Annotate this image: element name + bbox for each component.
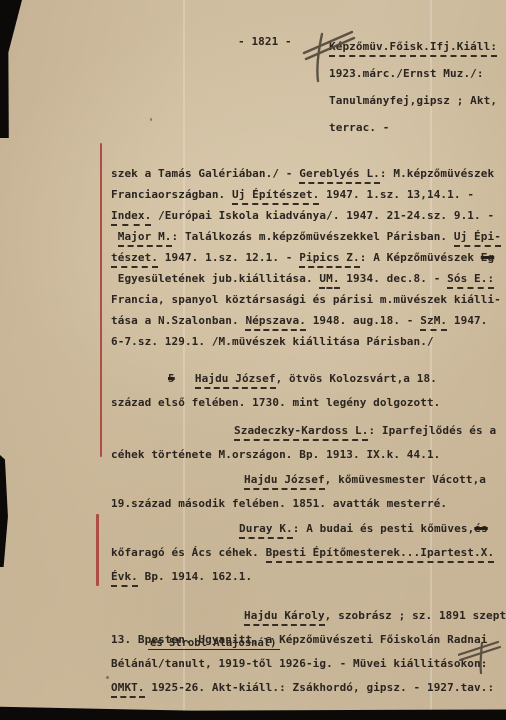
text-segment: céhek története M.országon. Bp. 1913. IX… — [111, 448, 440, 461]
underlined-text: Index. — [111, 209, 151, 226]
underlined-text: Hajdu József — [244, 473, 325, 490]
entry-hajdu-jozsef-otvos: 5 Hajdu József, ötvös Kolozsvárt,a 18.sz… — [111, 367, 506, 415]
text-line: szek a Tamás Galériában./ - Gereblyés L.… — [111, 163, 506, 184]
text-segment: : Találkozás m.képzőmüvészekkel Párisban… — [172, 230, 454, 243]
underlined-text: Pipics Z. — [299, 251, 360, 268]
text-segment: 1934. dec.8. - — [340, 272, 448, 285]
underlined-text: SzM. — [420, 314, 447, 331]
text-segment: : A Képzőmüvészek — [360, 251, 481, 264]
paper-speck — [106, 676, 109, 679]
underlined-text: Hajdu Károly — [244, 609, 325, 626]
text-line: Évk. Bp. 1914. 162.1. — [111, 565, 506, 589]
text-line: terrac. - — [329, 114, 506, 141]
text-segment: terrac. - — [329, 121, 390, 134]
text-segment: , kőmüvesmester Vácott,a — [325, 473, 486, 486]
text-line: század első felében. 1730. mint legény d… — [111, 391, 506, 415]
struck-text: Eg — [481, 251, 494, 264]
text-segment: 1947. 1.sz. 12.1. - — [158, 251, 299, 264]
text-segment: , ötvös Kolozsvárt,a 18. — [276, 372, 437, 385]
text-segment: kőfaragó és Ács céhek. — [111, 546, 266, 559]
text-segment: Bp. 1914. 162.1. — [138, 570, 252, 583]
underlined-text: Hajdu József — [195, 372, 276, 389]
text-line: Franciaországban. Uj Építészet. 1947. 1.… — [111, 184, 506, 205]
underlined-text: Major M. — [118, 230, 172, 247]
bibliography-paragraph: szek a Tamás Galériában./ - Gereblyés L.… — [111, 163, 506, 352]
underlined-text: Szadeczky-Kardoss L. — [234, 424, 368, 441]
text-line: Duray K.: A budai és pesti kőmüves,és — [111, 517, 506, 541]
underlined-text: tészet. — [111, 251, 158, 268]
underlined-text: Évk. — [111, 570, 138, 587]
text-line: Index. /Európai Iskola kiadványa/. 1947.… — [111, 205, 506, 226]
text-line: Hajdu József, kőmüvesmester Vácott,a — [111, 468, 506, 492]
underlined-text: Uj Építészet. — [232, 188, 319, 205]
text-segment: Bélánál/tanult, 1919-től 1926-ig. - Müve… — [111, 657, 487, 670]
text-line: Hajdu Károly, szobrász ; sz. 1891 szept. — [111, 604, 506, 628]
text-segment: Francia, spanyol köztársasági és párisi … — [111, 293, 501, 306]
underlined-text: Népszava. — [245, 314, 306, 331]
reference-szadeczky: Szadeczky-Kardoss L.: Iparfejlődés és ac… — [111, 419, 506, 467]
text-segment: 1947. — [447, 314, 487, 327]
text-line: 6-7.sz. 129.1. /M.müvészek kiállitása Pá… — [111, 331, 506, 352]
text-line: Tanulmányfej,gipsz ; Akt, — [329, 87, 506, 114]
pencil-cross-mark-icon — [302, 26, 356, 87]
text-segment: szek a Tamás Galériában./ - — [111, 167, 299, 180]
text-segment: tása a N.Szalonban. — [111, 314, 245, 327]
text-segment: Egyesületének jub.kiállitása. — [111, 272, 319, 285]
text-segment — [111, 230, 118, 243]
underlined-text: Gereblyés L. — [299, 167, 380, 184]
text-segment: : M.képzőmüvészek — [380, 167, 494, 180]
pencil-cross-mark-icon — [458, 636, 502, 679]
underlined-text: Duray K. — [239, 522, 293, 539]
red-margin-line — [100, 143, 102, 457]
paper-speck — [150, 118, 152, 121]
text-line: Francia, spanyol köztársasági és párisi … — [111, 289, 506, 310]
scan-border-left-top — [0, 0, 22, 138]
scan-border-left-mid — [0, 455, 9, 567]
underlined-text: Bpesti Építőmesterek...Ipartest.X. — [266, 546, 495, 563]
text-line: tészet. 1947. 1.sz. 12.1. - Pipics Z.: A… — [111, 247, 506, 268]
text-segment: század első felében. 1730. mint legény d… — [111, 396, 440, 409]
struck-text: és — [474, 522, 487, 535]
text-line: Major M.: Találkozás m.képzőmüvészekkel … — [111, 226, 506, 247]
underlined-text: Uj Épi- — [454, 230, 501, 247]
page-number: - 1821 - — [238, 35, 292, 48]
entry-hajdu-jozsef-komuves: Hajdu József, kőmüvesmester Vácott,a19.s… — [111, 468, 506, 516]
scanned-typewritten-page: - 1821 - Képzőmüv.Főisk.Ifj.Kiáll:1923.m… — [0, 0, 506, 720]
text-line: 5 Hajdu József, ötvös Kolozsvárt,a 18. — [111, 367, 506, 391]
text-segment: 1947. 1.sz. 13,14.1. - — [319, 188, 474, 201]
struck-text: 5 — [168, 372, 175, 385]
text-segment: Tanulmányfej,gipsz ; Akt, — [329, 94, 497, 107]
text-segment: Franciaországban. — [111, 188, 232, 201]
text-segment: 1948. aug.18. - — [306, 314, 420, 327]
text-segment: 6-7.sz. 129.1. /M.müvészek kiállitása Pá… — [111, 335, 434, 348]
text-line: céhek története M.országon. Bp. 1913. IX… — [111, 443, 506, 467]
text-segment — [175, 372, 195, 385]
text-line: tása a N.Szalonban. Népszava. 1948. aug.… — [111, 310, 506, 331]
text-segment: : Iparfejlődés és a — [368, 424, 496, 437]
text-segment: : A budai és pesti kőmüves, — [293, 522, 475, 535]
text-segment: , szobrász ; sz. 1891 szept. — [325, 609, 506, 622]
text-line: 19.század második felében. 1851. avatták… — [111, 492, 506, 516]
text-segment: 1925-26. Akt-kiáll.: Zsákhordó, gipsz. -… — [145, 681, 495, 694]
text-segment: 19.század második felében. 1851. avatták… — [111, 497, 447, 510]
typed-insertion-strobl: és Strobl Alajosnál) — [148, 637, 280, 650]
text-line: Bélánál/tanult, 1919-től 1926-ig. - Müve… — [111, 652, 506, 676]
text-segment: /Európai Iskola kiadványa/. 1947. 21-24.… — [151, 209, 494, 222]
red-margin-line — [96, 514, 99, 586]
underlined-text: Sós E.: — [447, 272, 494, 289]
underlined-text: UM. — [319, 272, 339, 289]
entry-hajdu-karoly: Hajdu Károly, szobrász ; sz. 1891 szept.… — [111, 604, 506, 700]
underlined-text: OMKT. — [111, 681, 145, 698]
text-line: Szadeczky-Kardoss L.: Iparfejlődés és a — [111, 419, 506, 443]
reference-duray: Duray K.: A budai és pesti kőmüves,éskőf… — [111, 517, 506, 589]
text-line: OMKT. 1925-26. Akt-kiáll.: Zsákhordó, gi… — [111, 676, 506, 700]
text-line: Egyesületének jub.kiállitása. UM. 1934. … — [111, 268, 506, 289]
text-line: kőfaragó és Ács céhek. Bpesti Építőmeste… — [111, 541, 506, 565]
